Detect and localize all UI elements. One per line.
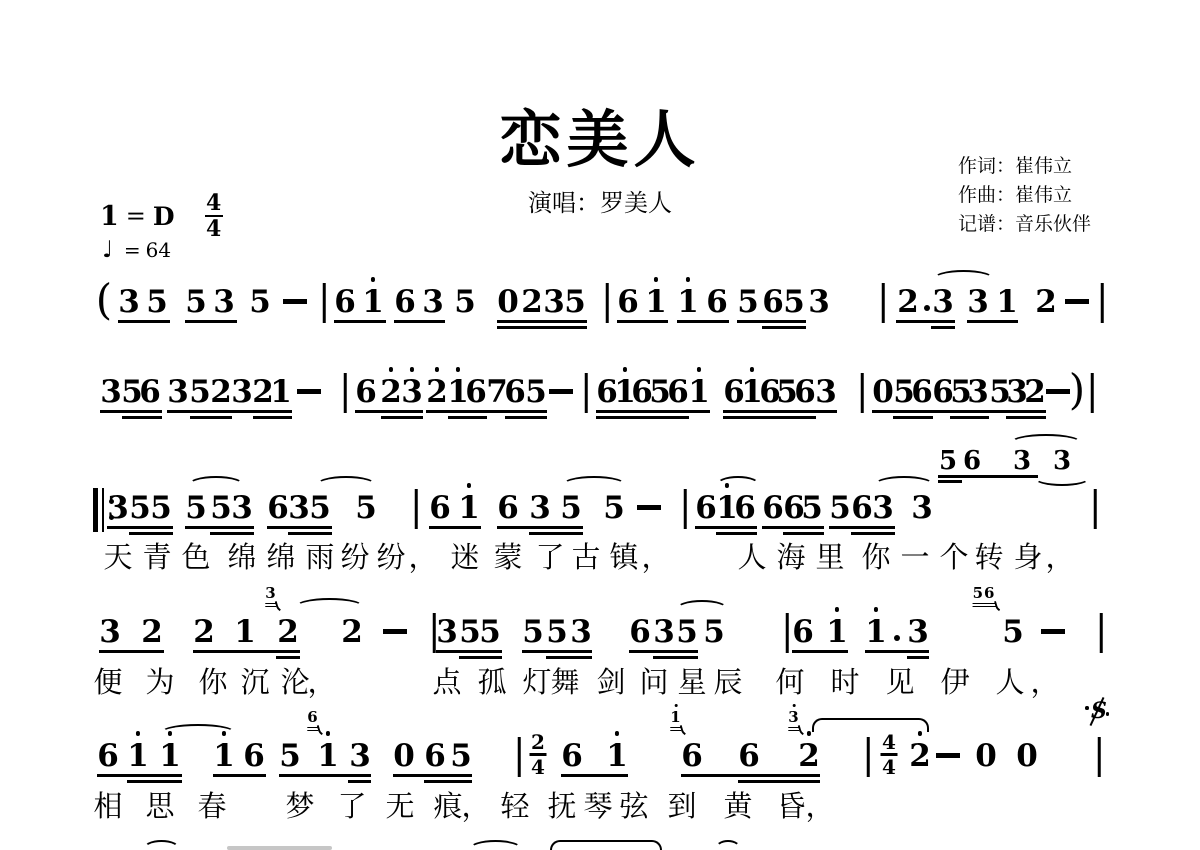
lyric-char: 沉: [240, 668, 269, 699]
beam-underline: [210, 532, 254, 535]
barline: [518, 737, 521, 777]
note-digit: 3: [401, 376, 423, 408]
lyric-char: 到: [667, 792, 696, 823]
beam-underline: [231, 410, 292, 413]
slur: [188, 476, 244, 494]
note-digit: 2: [1035, 286, 1057, 318]
beam-underline: [118, 320, 170, 323]
note-digit: 5: [249, 286, 271, 318]
note-digit: 6: [762, 492, 784, 524]
note-digit: 6: [706, 286, 728, 318]
beam-underline: [738, 780, 820, 783]
duration-dash: [1041, 629, 1065, 634]
slur: [295, 598, 364, 616]
lyric-char: 见: [885, 668, 914, 699]
beam-underline: [677, 320, 729, 323]
beam-underline: [932, 410, 989, 413]
slur: [676, 600, 728, 618]
note-digit: 5: [479, 616, 501, 648]
beam-underline: [267, 526, 332, 529]
note-digit: 5: [783, 286, 805, 318]
note-digit: 5: [185, 492, 207, 524]
grace-hook: [994, 599, 1006, 614]
lyric-char: ，: [805, 792, 834, 823]
octave-dot: [750, 367, 755, 372]
note-digit: 2: [521, 286, 543, 318]
lyric-char: 相: [93, 792, 122, 823]
lyric-char: 星: [677, 668, 706, 699]
beam-underline: [381, 416, 423, 419]
slur: [1034, 470, 1090, 486]
note-digit: 6: [792, 616, 814, 648]
grace-note: 56: [973, 586, 996, 607]
lyric-char: ，: [641, 543, 670, 574]
note-digit: 6: [851, 492, 873, 524]
note-digit: 6: [394, 286, 416, 318]
note-digit: 1: [317, 740, 339, 772]
note-digit: 5: [146, 286, 168, 318]
note-digit: 3: [118, 286, 140, 318]
beam-underline: [185, 320, 237, 323]
note-digit: 6: [465, 376, 487, 408]
octave-dot: [136, 731, 141, 736]
octave-dot: [674, 704, 677, 707]
note-digit: 2: [210, 376, 232, 408]
lyric-char: 转: [974, 543, 1003, 574]
note-digit: 2: [380, 376, 402, 408]
lyric-char: 便: [93, 668, 122, 699]
note-digit: 1: [865, 616, 887, 648]
note-digit: 3: [907, 616, 929, 648]
lyric-char: 雨: [305, 543, 334, 574]
beam-underline: [213, 774, 266, 777]
note-digit: 1: [645, 286, 667, 318]
note-digit: 2: [193, 616, 215, 648]
lyric-char: ，: [1045, 543, 1074, 574]
octave-dot: [371, 277, 376, 282]
lyric-char: ，: [307, 668, 336, 699]
beam-underline: [695, 526, 757, 529]
lyric-char: 蒙: [493, 543, 522, 574]
slur: [812, 718, 929, 732]
lyric-char: 点: [432, 668, 461, 699]
note-digit: 3: [872, 492, 894, 524]
segno-icon: S: [1085, 697, 1109, 727]
note-digit: 5: [185, 286, 207, 318]
note-digit: 5: [355, 492, 377, 524]
note-digit: 3: [967, 286, 989, 318]
grace-digits: 1: [670, 710, 681, 725]
octave-dot: [389, 367, 394, 372]
beam-underline: [723, 410, 837, 413]
grace-note: 3: [265, 586, 276, 607]
duration-dash: [283, 299, 307, 304]
beam-underline: [829, 526, 895, 529]
note-digit: 5: [546, 616, 568, 648]
beam-underline: [459, 656, 502, 659]
grace-note: 6: [307, 710, 318, 731]
note-digit: 5: [150, 492, 172, 524]
note-digit: 5: [801, 492, 823, 524]
lyric-char: 轻: [500, 792, 529, 823]
barline: [415, 489, 418, 529]
lyric-char: 灯: [522, 668, 551, 699]
beam-underline: [497, 526, 583, 529]
beam-underline: [348, 780, 371, 783]
beam-underline: [681, 774, 820, 777]
slur: [933, 270, 994, 288]
note-digit: 6: [963, 448, 981, 475]
beam-underline: [97, 774, 182, 777]
lyric-char: 青: [142, 543, 171, 574]
note-digit: 5: [450, 740, 472, 772]
note-digit: 3: [107, 492, 129, 524]
lyric-char: 弦: [619, 792, 648, 823]
beam-underline: [967, 320, 1018, 323]
beam-underline: [522, 650, 592, 653]
note-digit: 5: [560, 492, 582, 524]
lyric-char: 痕: [433, 792, 462, 823]
duration-dash: [383, 629, 407, 634]
slur: [1010, 434, 1082, 452]
beam-underline: [129, 532, 173, 535]
note-digit: 5: [210, 492, 232, 524]
note-digit: 5: [522, 616, 544, 648]
beam-underline: [907, 656, 929, 659]
beam-underline: [872, 410, 933, 413]
octave-dot: [792, 704, 795, 707]
beam-underline: [529, 532, 583, 535]
note-digit: 6: [762, 286, 784, 318]
beam-underline: [762, 326, 806, 329]
octave-dot: [623, 367, 628, 372]
note-digit: 3: [99, 616, 121, 648]
lyric-char: 孤: [477, 668, 506, 699]
lyric-char: 抚: [547, 792, 576, 823]
barline: [344, 373, 347, 413]
lyric-char: 梦: [285, 792, 314, 823]
barline: [1098, 737, 1101, 777]
beam-underline: [1006, 416, 1046, 419]
ts-top: 4: [882, 733, 896, 751]
note-digit: 6: [629, 616, 651, 648]
note-digit: 5: [459, 616, 481, 648]
note-digit: 3: [167, 376, 189, 408]
beam-underline: [505, 416, 547, 419]
barline: [1100, 613, 1103, 653]
slur-fragment: [143, 840, 180, 850]
note-digit: 2: [897, 286, 919, 318]
note-digit: 3: [436, 616, 458, 648]
note-digit: 5: [189, 376, 211, 408]
note-digit: 1: [458, 492, 480, 524]
note-digit: 3: [543, 286, 565, 318]
note-digit: 6: [794, 376, 816, 408]
lyric-char: 时: [830, 668, 859, 699]
note-digit: 3: [288, 492, 310, 524]
note-digit: 6: [97, 740, 119, 772]
grace-digits: 3: [265, 586, 276, 601]
barline: [786, 613, 789, 653]
barline: [585, 373, 588, 413]
lyric-char: 迷: [450, 543, 479, 574]
note-digit: 5: [703, 616, 725, 648]
beam-underline: [193, 650, 300, 653]
lyric-char: 纷: [340, 543, 369, 574]
duration-dash: [637, 505, 661, 510]
note-digit: 3: [653, 616, 675, 648]
note-digit: 3: [808, 286, 830, 318]
lyric-char: 镇: [609, 543, 638, 574]
beam-underline: [127, 780, 182, 783]
lyric-char: ，: [408, 543, 437, 574]
note-digit: 1: [826, 616, 848, 648]
ts-bottom: 4: [882, 758, 896, 776]
lyric-char: 里: [815, 543, 844, 574]
beam-underline: [596, 410, 710, 413]
parenthesis: ): [1069, 370, 1085, 410]
note-digit: 5: [564, 286, 586, 318]
lyric-char: 黄: [723, 792, 752, 823]
note-digit: 6: [267, 492, 289, 524]
note-digit: 2: [426, 376, 448, 408]
lyric-char: 伊: [940, 668, 969, 699]
lyric-char: 了: [337, 792, 366, 823]
beam-underline: [436, 650, 502, 653]
beam-underline: [448, 416, 487, 419]
lyric-char: 一: [900, 543, 929, 574]
barline: [1101, 283, 1104, 323]
lyric-char: 无: [385, 792, 414, 823]
grace-hook: [275, 599, 287, 614]
lyric-char: 人: [737, 543, 766, 574]
lyric-char: 了: [535, 543, 564, 574]
note-digit: 3: [100, 376, 122, 408]
note-digit: 6: [429, 492, 451, 524]
barline: [1091, 373, 1094, 413]
beam-underline: [896, 320, 955, 323]
barline: [867, 737, 870, 777]
barline: [433, 613, 436, 653]
lyric-char: 绵: [266, 543, 295, 574]
note-digit: 2: [341, 616, 363, 648]
lyric-char: 绵: [227, 543, 256, 574]
note-digit: 3: [815, 376, 837, 408]
note-digit: 0: [975, 740, 997, 772]
lyric-char: 天: [103, 543, 132, 574]
segno-dot: [1106, 712, 1110, 716]
lyric-char: 何: [775, 668, 804, 699]
lyric-char: 思: [145, 792, 174, 823]
beam-underline: [497, 326, 587, 329]
note-digit: 6: [681, 740, 703, 772]
beam-underline: [938, 480, 962, 483]
lyric-char: 昏: [776, 792, 805, 823]
time-signature-change: 24: [530, 733, 547, 776]
beam-underline: [762, 526, 824, 529]
note-digit: 3: [349, 740, 371, 772]
beam-underline: [122, 416, 162, 419]
note-digit: 6: [695, 492, 717, 524]
note-digit: 6: [617, 286, 639, 318]
beam-underline: [865, 650, 929, 653]
tie-fragment: [550, 840, 662, 850]
beam-underline: [100, 410, 162, 413]
beam-underline: [279, 774, 371, 777]
duration-dash: [936, 753, 960, 758]
octave-dot: [467, 483, 472, 488]
octave-dot: [410, 367, 415, 372]
note-digit: 0: [497, 286, 519, 318]
octave-dot: [697, 367, 702, 372]
note-digit: 1: [159, 740, 181, 772]
lyric-char: 剑: [596, 668, 625, 699]
beam-underline: [99, 650, 164, 653]
note-digit: 1: [677, 286, 699, 318]
octave-dot: [456, 367, 461, 372]
duration-dash: [297, 389, 321, 394]
beam-underline: [167, 410, 232, 413]
note-digit: 5: [1002, 616, 1024, 648]
beam-underline: [617, 320, 668, 323]
beam-underline: [486, 410, 547, 413]
barline: [882, 283, 885, 323]
note-digit: 0: [1016, 740, 1038, 772]
parenthesis: (: [96, 280, 112, 320]
augmentation-dot: [894, 635, 900, 641]
octave-dot: [654, 277, 659, 282]
duration-dash: [1046, 389, 1070, 394]
note-digit: 6: [504, 376, 526, 408]
note-digit: 6: [561, 740, 583, 772]
grace-note: 3: [788, 710, 799, 731]
grace-digits: 3: [788, 710, 799, 725]
barline: [684, 489, 687, 529]
note-digit: 5: [525, 376, 547, 408]
note-digit: 5: [676, 616, 698, 648]
note-digit: 3: [932, 286, 954, 318]
slur: [716, 476, 760, 494]
note-digit: 5: [939, 448, 957, 475]
note-digit: 6: [243, 740, 265, 772]
beam-underline: [334, 320, 386, 323]
note-digit: 1: [270, 376, 292, 408]
lyric-char: 色: [181, 543, 210, 574]
barline: [323, 283, 326, 323]
note-digit: 5: [737, 286, 759, 318]
repeat-thick-bar: [93, 488, 98, 532]
slur: [874, 476, 934, 494]
augmentation-dot: [924, 305, 930, 311]
note-digit: 1: [127, 740, 149, 772]
beam-underline: [716, 532, 757, 535]
lyric-char: 你: [861, 543, 890, 574]
octave-dot: [435, 367, 440, 372]
grace-digits: 6: [307, 710, 318, 725]
octave-dot: [615, 731, 620, 736]
note-digit: 5: [279, 740, 301, 772]
lyric-char: 为: [145, 668, 174, 699]
note-digit: 2: [798, 740, 820, 772]
time-signature-change: 44: [881, 733, 898, 776]
beam-underline: [107, 526, 173, 529]
lyric-char: 身: [1013, 543, 1042, 574]
note-digit: 1: [996, 286, 1018, 318]
note-digit: 6: [424, 740, 446, 772]
lyric-char: ，: [1030, 668, 1059, 699]
beam-underline: [393, 774, 472, 777]
lyric-char: 古: [571, 543, 600, 574]
grace-digits: 56: [973, 586, 996, 601]
beam-underline: [792, 650, 848, 653]
lyric-char: 问: [639, 668, 668, 699]
note-digit: 0: [393, 740, 415, 772]
beam-underline: [893, 416, 933, 419]
beam-underline: [938, 475, 1038, 478]
beam-underline: [426, 410, 487, 413]
note-digit: 6: [667, 376, 689, 408]
note-digit: 1: [213, 740, 235, 772]
score-canvas: (355356163502356116565323312356352321623…: [0, 0, 1200, 850]
note-digit: 6: [734, 492, 756, 524]
beam-underline: [737, 320, 806, 323]
note-digit: 3: [213, 286, 235, 318]
note-digit: 6: [497, 492, 519, 524]
lyric-char: 海: [776, 543, 805, 574]
beam-underline: [783, 532, 824, 535]
beam-underline: [653, 656, 698, 659]
note-digit: 3: [911, 492, 933, 524]
beam-underline: [723, 416, 816, 419]
beam-underline: [429, 526, 481, 529]
beam-underline: [561, 774, 628, 777]
note-digit: 0: [872, 376, 894, 408]
note-digit: 6: [355, 376, 377, 408]
grace-hook: [798, 723, 810, 738]
beam-underline: [950, 416, 989, 419]
note-digit: 3: [231, 492, 253, 524]
sheet-music-page: 恋美人 演唱：罗美人 作词：崔伟立 作曲：崔伟立 记谱：音乐伙伴 1 = D 4…: [0, 0, 1200, 850]
note-digit: 6: [139, 376, 161, 408]
lyric-char: 沦: [280, 668, 309, 699]
lyric-char: ，: [461, 792, 490, 823]
lyric-char: 纷: [376, 543, 405, 574]
segno-dot: [1085, 706, 1089, 710]
beam-underline: [185, 526, 254, 529]
lyric-char: 琴: [583, 792, 612, 823]
grace-hook: [317, 723, 329, 738]
note-digit: 2: [277, 616, 299, 648]
lyric-char: 辰: [713, 668, 742, 699]
note-digit: 1: [362, 286, 384, 318]
beam-underline: [190, 416, 232, 419]
note-digit: 3: [529, 492, 551, 524]
note-digit: 2: [141, 616, 163, 648]
faint-line-fragment: [227, 846, 332, 850]
note-digit: 2: [909, 740, 931, 772]
beam-underline: [394, 320, 445, 323]
note-digit: 6: [911, 376, 933, 408]
slur: [316, 476, 376, 494]
beam-underline: [989, 410, 1046, 413]
slur: [160, 724, 236, 742]
beam-underline: [424, 780, 472, 783]
grace-note: 1: [670, 710, 681, 731]
note-digit: 5: [454, 286, 476, 318]
note-digit: 2: [1024, 376, 1046, 408]
note-digit: 5: [603, 492, 625, 524]
slur: [562, 476, 626, 494]
